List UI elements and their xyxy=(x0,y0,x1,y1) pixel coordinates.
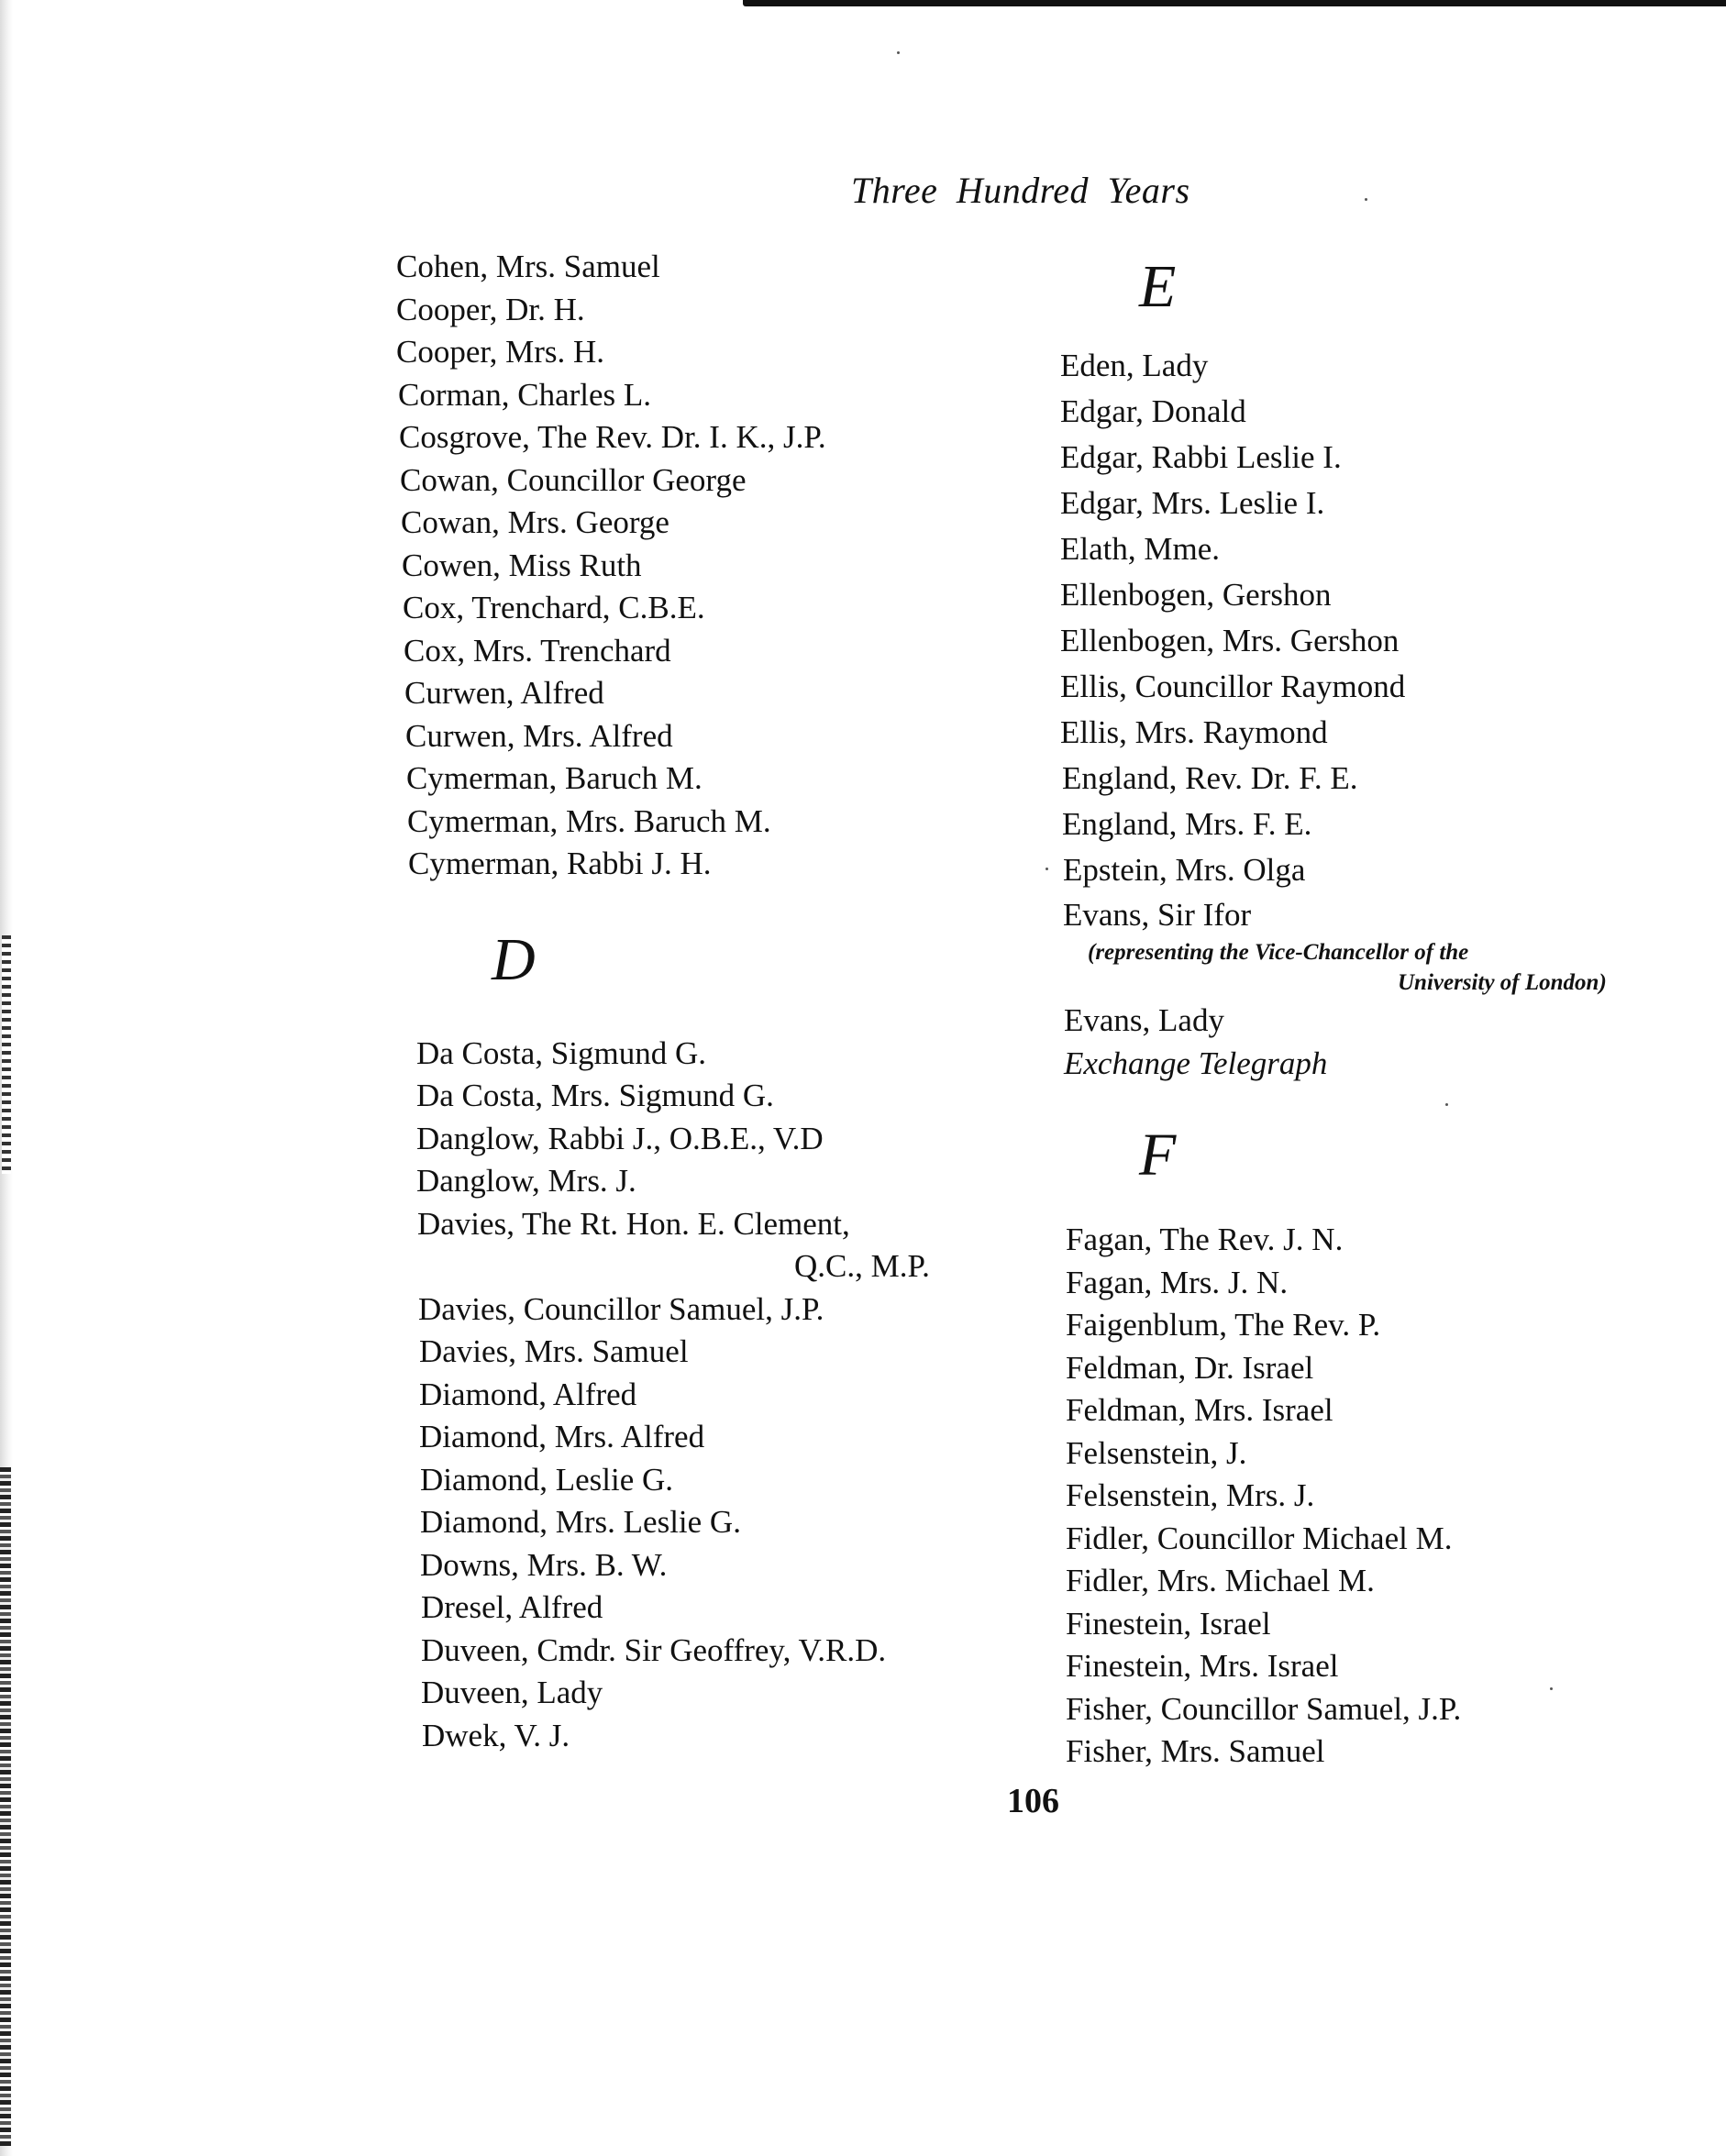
binding-barcode xyxy=(0,1467,11,2146)
list-entry: Fidler, Mrs. Michael M. xyxy=(1066,1560,1607,1603)
section-letter-e: E xyxy=(1139,257,1607,317)
scan-speck xyxy=(1550,1687,1553,1690)
scan-speck xyxy=(1365,198,1367,201)
list-entry: England, Mrs. F. E. xyxy=(1060,802,1607,847)
list-entry: Curwen, Alfred xyxy=(396,672,930,715)
list-entry: Diamond, Leslie G. xyxy=(416,1459,930,1502)
list-entry: Feldman, Mrs. Israel xyxy=(1066,1389,1607,1432)
list-entry: Elath, Mme. xyxy=(1060,526,1607,572)
list-entry: Duveen, Lady xyxy=(416,1672,930,1715)
binding-edge xyxy=(0,0,13,2156)
list-entry: Corman, Charles L. xyxy=(396,374,930,417)
list-entry: Edgar, Donald xyxy=(1060,389,1607,435)
list-entry: Ellenbogen, Gershon xyxy=(1060,572,1607,618)
list-entry: Ellis, Mrs. Raymond xyxy=(1060,710,1607,756)
section-letter-f: F xyxy=(1139,1125,1607,1186)
list-entry: Davies, Mrs. Samuel xyxy=(416,1331,930,1374)
list-entry: Dresel, Alfred xyxy=(416,1587,930,1630)
list-entry: Exchange Telegraph xyxy=(1060,1043,1607,1086)
list-entry: Downs, Mrs. B. W. xyxy=(416,1544,930,1587)
list-entry: Duveen, Cmdr. Sir Geoffrey, V.R.D. xyxy=(416,1630,930,1673)
top-rule xyxy=(743,0,1726,6)
list-entry: Davies, Councillor Samuel, J.P. xyxy=(416,1288,930,1332)
list-entry: Cohen, Mrs. Samuel xyxy=(396,246,930,289)
list-entry: Cowen, Miss Ruth xyxy=(396,545,930,588)
section-d: D Da Costa, Sigmund G. Da Costa, Mrs. Si… xyxy=(396,930,930,1758)
list-entry: Diamond, Mrs. Leslie G. xyxy=(416,1501,930,1544)
list-entry-continuation: Q.C., M.P. xyxy=(416,1245,930,1288)
left-column: Cohen, Mrs. Samuel Cooper, Dr. H. Cooper… xyxy=(396,246,930,1757)
binding-strip xyxy=(2,935,11,1174)
list-entry: Diamond, Alfred xyxy=(416,1374,930,1417)
list-entry: Finestein, Mrs. Israel xyxy=(1066,1645,1607,1688)
list-entry: Ellis, Councillor Raymond xyxy=(1060,664,1607,710)
list-entry: Curwen, Mrs. Alfred xyxy=(396,715,930,758)
running-head: Three Hundred Years xyxy=(851,169,1190,212)
list-entry: Faigenblum, The Rev. P. xyxy=(1066,1304,1607,1347)
list-entry: Da Costa, Sigmund G. xyxy=(416,1033,930,1076)
scan-speck xyxy=(1046,868,1048,870)
list-entry: Diamond, Mrs. Alfred xyxy=(416,1416,930,1459)
list-entry: Cosgrove, The Rev. Dr. I. K., J.P. xyxy=(396,416,930,459)
scan-speck xyxy=(897,51,900,54)
list-entry: Evans, Lady xyxy=(1060,1000,1607,1043)
list-entry: Cooper, Dr. H. xyxy=(396,289,930,332)
list-entry: Danglow, Mrs. J. xyxy=(416,1160,930,1203)
section-letter-d: D xyxy=(492,930,930,990)
list-entry: Evans, Sir Ifor xyxy=(1060,893,1607,937)
list-entry: Edgar, Mrs. Leslie I. xyxy=(1060,481,1607,526)
list-entry: Cymerman, Baruch M. xyxy=(396,757,930,801)
list-entry: Epstein, Mrs. Olga xyxy=(1060,847,1607,893)
list-entry: Cox, Mrs. Trenchard xyxy=(396,630,930,673)
page-number: 106 xyxy=(1007,1781,1059,1821)
list-entry: Cymerman, Mrs. Baruch M. xyxy=(396,801,930,844)
list-entry: Edgar, Rabbi Leslie I. xyxy=(1060,435,1607,481)
list-entry: Ellenbogen, Mrs. Gershon xyxy=(1060,618,1607,664)
list-entry: Fisher, Mrs. Samuel xyxy=(1066,1730,1607,1774)
list-entry: Dwek, V. J. xyxy=(416,1715,930,1758)
list-entry: Finestein, Israel xyxy=(1066,1603,1607,1646)
list-entry: Feldman, Dr. Israel xyxy=(1066,1347,1607,1390)
list-entry: Fagan, Mrs. J. N. xyxy=(1066,1262,1607,1305)
list-entry: Cowan, Mrs. George xyxy=(396,502,930,545)
right-column: E Eden, Lady Edgar, Donald Edgar, Rabbi … xyxy=(1060,246,1607,1774)
list-entry: Fagan, The Rev. J. N. xyxy=(1066,1219,1607,1262)
list-entry: Eden, Lady xyxy=(1060,343,1607,389)
list-entry: England, Rev. Dr. F. E. xyxy=(1060,756,1607,802)
list-entry: Felsenstein, Mrs. J. xyxy=(1066,1475,1607,1518)
section-f: F Fagan, The Rev. J. N. Fagan, Mrs. J. N… xyxy=(1060,1125,1607,1774)
list-entry: Da Costa, Mrs. Sigmund G. xyxy=(416,1075,930,1118)
scan-speck xyxy=(1445,1103,1448,1106)
list-entry: Cox, Trenchard, C.B.E. xyxy=(396,587,930,630)
list-entry: Cooper, Mrs. H. xyxy=(396,331,930,374)
list-entry: Cowan, Councillor George xyxy=(396,459,930,503)
list-entry: Fidler, Councillor Michael M. xyxy=(1066,1518,1607,1561)
entry-note: University of London) xyxy=(1060,967,1607,998)
list-entry: Cymerman, Rabbi J. H. xyxy=(396,843,930,886)
list-entry: Felsenstein, J. xyxy=(1066,1432,1607,1476)
entry-note: (representing the Vice-Chancellor of the xyxy=(1060,937,1607,967)
list-entry: Danglow, Rabbi J., O.B.E., V.D xyxy=(416,1118,930,1161)
list-entry: Davies, The Rt. Hon. E. Clement, xyxy=(416,1203,930,1246)
list-entry: Fisher, Councillor Samuel, J.P. xyxy=(1066,1688,1607,1731)
section-e: E Eden, Lady Edgar, Donald Edgar, Rabbi … xyxy=(1060,257,1607,1085)
